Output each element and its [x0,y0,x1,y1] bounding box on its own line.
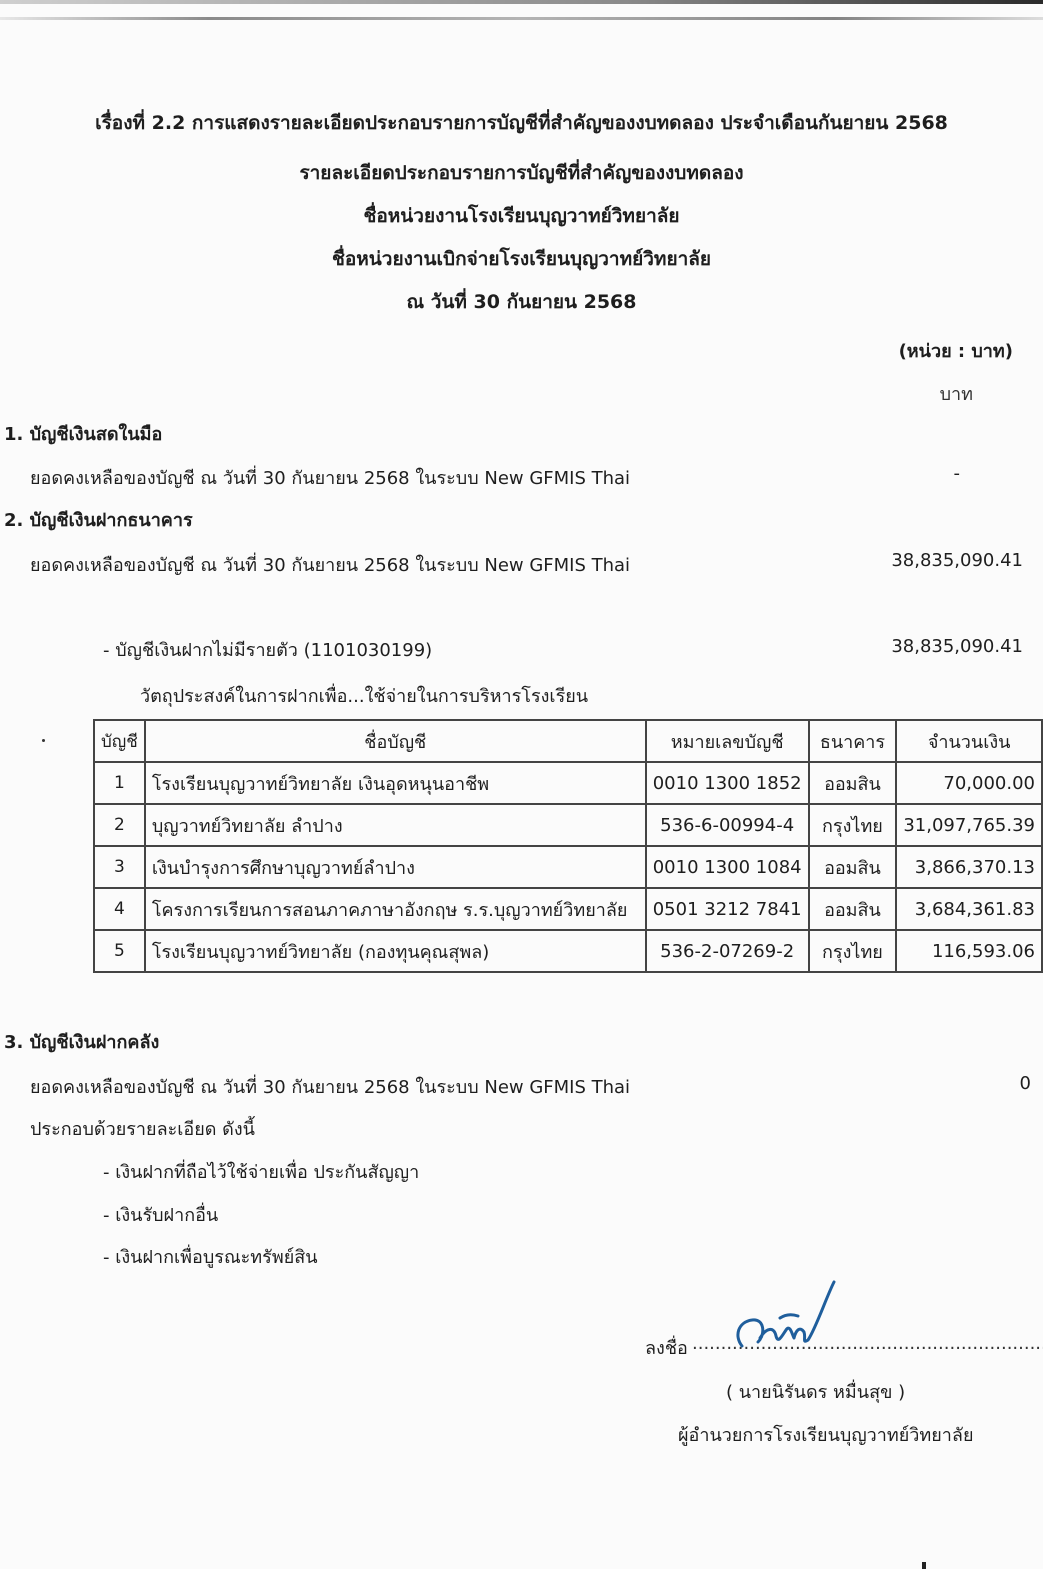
section1-heading: 1. บัญชีเงินสดในมือ [4,419,162,448]
cell-account: 536-2-07269-2 [646,930,809,972]
col-header-amount: จำนวนเงิน [896,720,1042,762]
scan-edge [0,0,1043,4]
document-title: เรื่องที่ 2.2 การแสดงรายละเอียดประกอบราย… [0,108,1043,138]
cell-amount: 31,097,765.39 [896,804,1042,846]
section2-balance-label: ยอดคงเหลือของบัญชี ณ วันที่ 30 กันยายน 2… [30,550,630,579]
table-row: 4 โครงการเรียนการสอนภาคภาษาอังกฤษ ร.ร.บุ… [94,888,1042,930]
scan-dot [42,739,45,742]
cell-name: โรงเรียนบุญวาทย์วิทยาลัย (กองทุนคุณสุพล) [145,930,646,972]
cell-account: 536-6-00994-4 [646,804,809,846]
section3-balance-label: ยอดคงเหลือของบัญชี ณ วันที่ 30 กันยายน 2… [30,1072,630,1101]
unit-name: ชื่อหน่วยงานโรงเรียนบุญวาทย์วิทยาลัย [0,201,1043,231]
cell-no: 1 [94,762,145,804]
bank-accounts-table: บัญชี ชื่อบัญชี หมายเลขบัญชี ธนาคาร จำนว… [93,719,1043,973]
section3-item: - เงินฝากเพื่อบูรณะทรัพย์สิน [103,1242,318,1271]
cell-name: บุญวาทย์วิทยาลัย ลำปาง [145,804,646,846]
col-header-no: บัญชี [94,720,145,762]
section3-heading: 3. บัญชีเงินฝากคลัง [4,1027,159,1056]
cell-name: เงินบำรุงการศึกษาบุญวาทย์ลำปาง [145,846,646,888]
sub-account-value: 38,835,090.41 [891,636,1023,657]
cell-amount: 116,593.06 [896,930,1042,972]
table-row: 3 เงินบำรุงการศึกษาบุญวาทย์ลำปาง 0010 13… [94,846,1042,888]
section3-details-label: ประกอบด้วยรายละเอียด ดังนี้ [30,1114,255,1143]
cell-bank: ออมสิน [809,762,897,804]
table-row: 2 บุญวาทย์วิทยาลัย ลำปาง 536-6-00994-4 ก… [94,804,1042,846]
section3-balance-value: 0 [1020,1073,1031,1094]
disbursing-unit-name: ชื่อหน่วยงานเบิกจ่ายโรงเรียนบุญวาทย์วิทย… [0,244,1043,274]
cell-amount: 3,684,361.83 [896,888,1042,930]
section3-item: - เงินฝากที่ถือไว้ใช้จ่ายเพื่อ ประกันสัญ… [103,1157,419,1186]
cell-bank: ออมสิน [809,846,897,888]
deposit-purpose: วัตถุประสงค์ในการฝากเพื่อ...ใช้จ่ายในการ… [140,681,588,710]
cell-bank: ออมสิน [809,888,897,930]
cell-bank: กรุงไทย [809,930,897,972]
cell-account: 0501 3212 7841 [646,888,809,930]
sign-label: ลงชื่อ [645,1333,688,1362]
cell-name: โรงเรียนบุญวาทย์วิทยาลัย เงินอุดหนุนอาชี… [145,762,646,804]
section2-balance-value: 38,835,090.41 [891,550,1023,571]
col-header-name: ชื่อบัญชี [145,720,646,762]
scan-mark [922,1562,926,1569]
currency-label: บาท [940,379,973,408]
cell-no: 2 [94,804,145,846]
cell-account: 0010 1300 1084 [646,846,809,888]
document-subtitle: รายละเอียดประกอบรายการบัญชีที่สำคัญของงบ… [0,158,1043,188]
section1-balance-label: ยอดคงเหลือของบัญชี ณ วันที่ 30 กันยายน 2… [30,463,630,492]
cell-no: 4 [94,888,145,930]
cell-no: 5 [94,930,145,972]
cell-account: 0010 1300 1852 [646,762,809,804]
cell-amount: 3,866,370.13 [896,846,1042,888]
signature-mark [730,1278,840,1358]
section1-balance-value: - [954,463,961,484]
col-header-account: หมายเลขบัญชี [646,720,809,762]
section2-heading: 2. บัญชีเงินฝากธนาคาร [4,505,193,534]
as-of-date: ณ วันที่ 30 กันยายน 2568 [0,287,1043,317]
table-row: 5 โรงเรียนบุญวาทย์วิทยาลัย (กองทุนคุณสุพ… [94,930,1042,972]
cell-no: 3 [94,846,145,888]
signer-position: ผู้อำนวยการโรงเรียนบุญวาทย์วิทยาลัย [678,1420,974,1449]
table-header-row: บัญชี ชื่อบัญชี หมายเลขบัญชี ธนาคาร จำนว… [94,720,1042,762]
cell-name: โครงการเรียนการสอนภาคภาษาอังกฤษ ร.ร.บุญว… [145,888,646,930]
col-header-bank: ธนาคาร [809,720,897,762]
signer-name: ( นายนิรันดร หมื่นสุข ) [726,1377,905,1406]
cell-bank: กรุงไทย [809,804,897,846]
cell-amount: 70,000.00 [896,762,1042,804]
sub-account-label: - บัญชีเงินฝากไม่มีรายตัว (1101030199) [103,635,432,664]
section3-item: - เงินรับฝากอื่น [103,1200,218,1229]
scan-artifact-line [0,17,1043,20]
unit-label: (หน่วย : บาท) [899,336,1013,365]
table-row: 1 โรงเรียนบุญวาทย์วิทยาลัย เงินอุดหนุนอา… [94,762,1042,804]
